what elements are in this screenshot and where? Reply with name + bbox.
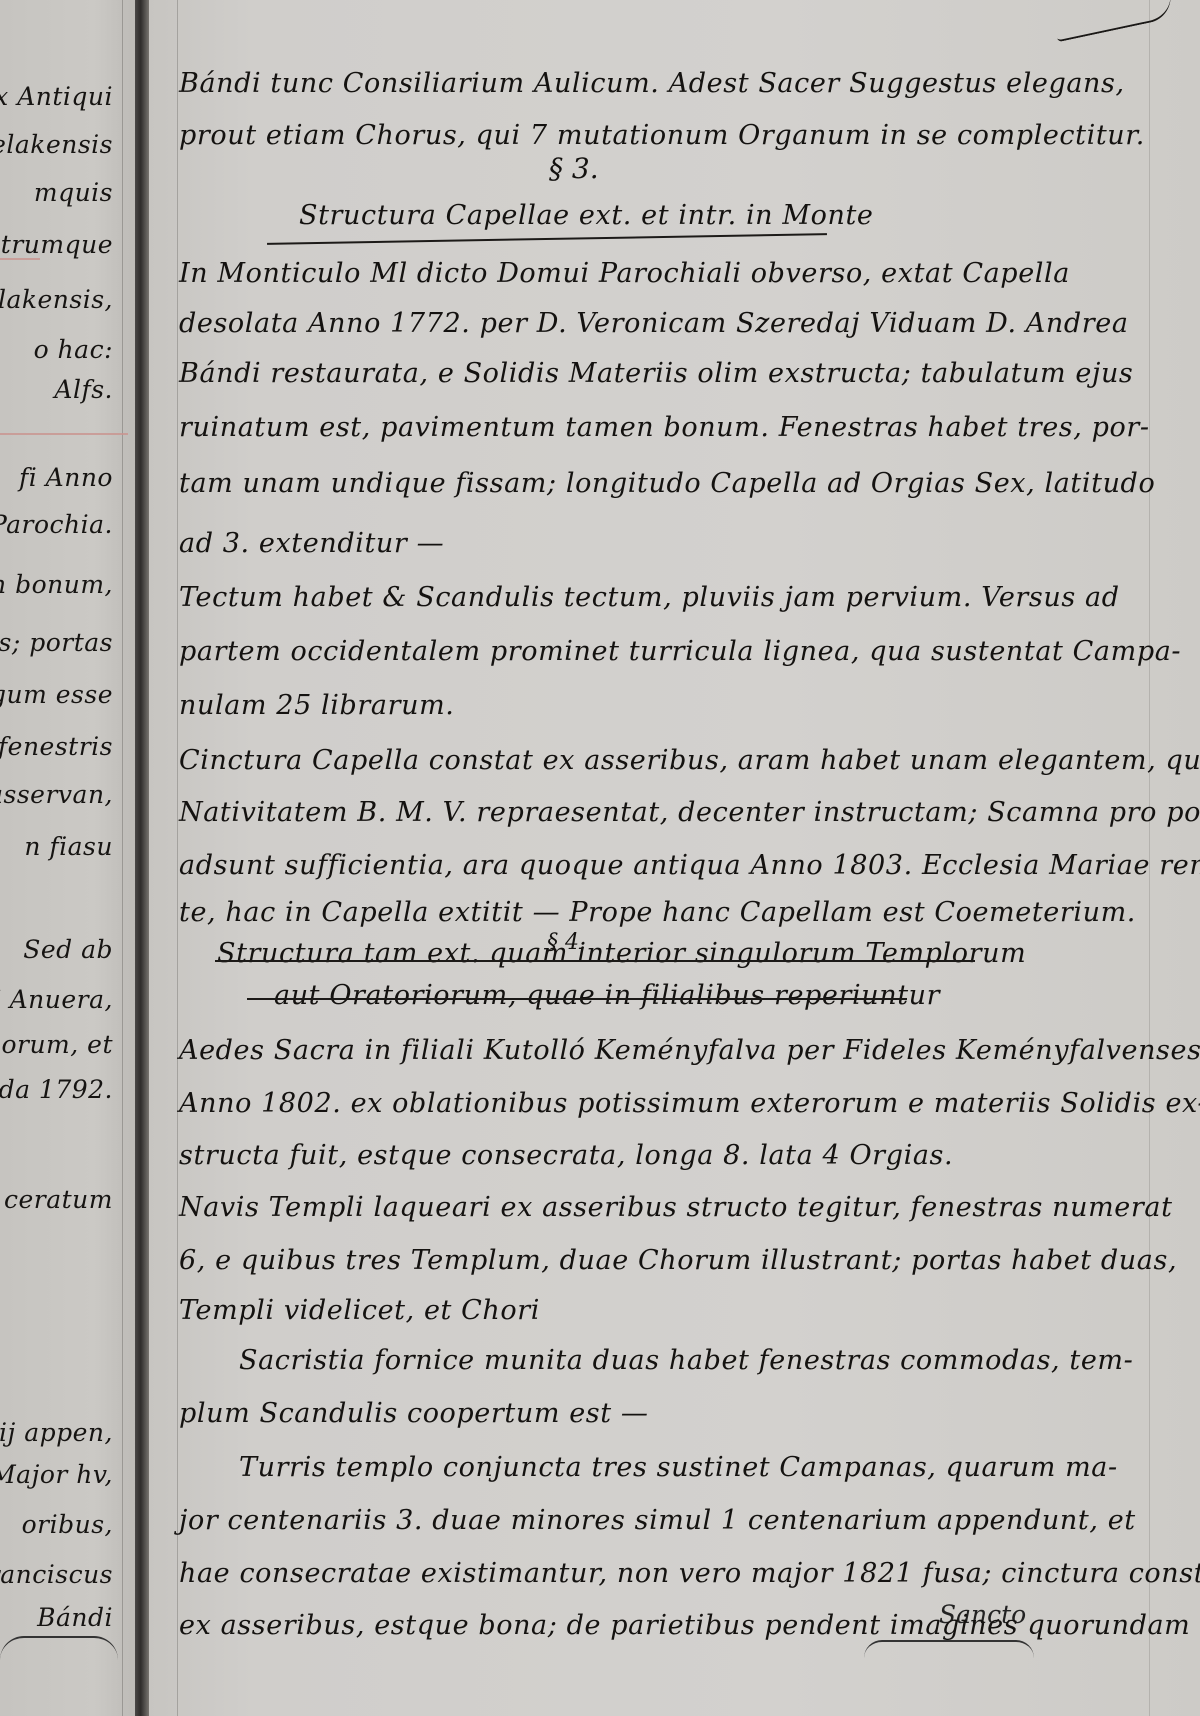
left-page-text-fragment: iorum, et bbox=[0, 1030, 113, 1059]
left-page-text-fragment: mquis bbox=[34, 178, 113, 207]
manuscript-line: Bándi tunc Consiliarium Aulicum. Adest S… bbox=[179, 68, 1125, 99]
left-page-text-fragment: : utrumque bbox=[0, 230, 113, 259]
manuscript-line: Sacristia fornice munita duas habet fene… bbox=[239, 1345, 1133, 1376]
left-page-text-fragment: ns; portas bbox=[0, 628, 113, 657]
left-page-text-fragment: Bándi bbox=[37, 1603, 113, 1632]
manuscript-line: Aedes Sacra in filiali Kutolló Keményfal… bbox=[179, 1035, 1200, 1066]
manuscript-line: ruinatum est, pavimentum tamen bonum. Fe… bbox=[179, 412, 1150, 443]
left-page-text-fragment: o hac: bbox=[34, 335, 113, 364]
section-3-heading: Structura Capellae ext. et intr. in Mont… bbox=[299, 200, 873, 231]
left-page-text-fragment: da 1792. bbox=[0, 1075, 113, 1104]
left-page-text-fragment: Veselakensis, bbox=[0, 285, 113, 314]
signature-flourish bbox=[0, 1636, 118, 1660]
left-page-text-fragment: Sed ab bbox=[23, 935, 113, 964]
manuscript-line: Bándi restaurata, e Solidis Materiis oli… bbox=[179, 358, 1133, 389]
manuscript-line: Tectum habet & Scandulis tectum, pluviis… bbox=[179, 582, 1120, 613]
manuscript-line: Anno 1802. ex oblationibus potissimum ex… bbox=[179, 1088, 1200, 1119]
top-flourish bbox=[1053, 0, 1176, 42]
book-gutter bbox=[135, 0, 149, 1716]
red-ruled-line bbox=[0, 258, 40, 260]
red-ruled-line bbox=[0, 433, 128, 435]
section-4-underline-2 bbox=[247, 998, 907, 1000]
left-page-text-fragment: oribus, bbox=[22, 1510, 113, 1539]
left-page-text-fragment: n fiasu bbox=[24, 832, 113, 861]
left-page-text-fragment: aliij appen, bbox=[0, 1418, 113, 1447]
manuscript-line: jor centenariis 3. duae minores simul 1 … bbox=[179, 1505, 1136, 1536]
manuscript-line: partem occidentalem prominet turricula l… bbox=[179, 636, 1181, 667]
left-page-text-fragment: asservan, bbox=[0, 780, 113, 809]
manuscript-line: prout etiam Chorus, qui 7 mutationum Org… bbox=[179, 120, 1145, 151]
manuscript-line: 6, e quibus tres Templum, duae Chorum il… bbox=[179, 1245, 1177, 1276]
section-4-heading-line-2: aut Oratoriorum, quae in filialibus repe… bbox=[274, 980, 940, 1011]
manuscript-line: Templi videlicet, et Chori bbox=[179, 1295, 540, 1326]
manuscript-line: adsunt sufficientia, ara quoque antiqua … bbox=[179, 850, 1200, 881]
left-page-text-fragment: 2 fenestris bbox=[0, 732, 113, 761]
manuscript-line: In Monticulo Ml dicto Domui Parochiali o… bbox=[179, 258, 1070, 289]
section-4-underline-1 bbox=[215, 960, 975, 962]
page-left-margin-rule bbox=[177, 0, 178, 1716]
left-page-text-fragment: Alfs. bbox=[54, 375, 113, 404]
manuscript-line: te, hac in Capella extitit — Prope hanc … bbox=[179, 897, 1136, 928]
manuscript-line: desolata Anno 1772. per D. Veronicam Sze… bbox=[179, 308, 1129, 339]
left-page-text-fragment: gum esse bbox=[0, 680, 113, 709]
manuscript-line: Turris templo conjuncta tres sustinet Ca… bbox=[239, 1452, 1118, 1483]
manuscript-line: structa fuit, estque consecrata, longa 8… bbox=[179, 1140, 953, 1171]
left-page-fragment: ex AntiquiVeselakensismquis: utrumqueVes… bbox=[0, 0, 135, 1716]
left-page-text-fragment: n bonum, bbox=[0, 570, 113, 599]
section-4-heading-line-1: Structura tam ext. quam interior singulo… bbox=[217, 938, 1026, 969]
left-page-text-fragment: ij Anuera, bbox=[0, 985, 113, 1014]
section-3-mark: § 3. bbox=[549, 152, 599, 185]
manuscript-line: Navis Templi laqueari ex asseribus struc… bbox=[179, 1192, 1173, 1223]
left-page-text-fragment: Major hv, bbox=[0, 1460, 113, 1489]
left-page-text-fragment: n Franciscus bbox=[0, 1560, 113, 1589]
section-3-underline bbox=[267, 233, 827, 245]
left-page-margin-rule bbox=[122, 0, 123, 1716]
left-page-text-fragment: fi Anno bbox=[19, 463, 113, 492]
manuscript-line: plum Scandulis coopertum est — bbox=[179, 1398, 648, 1429]
left-page-text-fragment: ex Antiqui bbox=[0, 82, 113, 111]
left-page-text-fragment: ceratum bbox=[4, 1185, 113, 1214]
manuscript-line: Nativitatem B. M. V. repraesentat, decen… bbox=[179, 797, 1200, 828]
manuscript-line: Cinctura Capella constat ex asseribus, a… bbox=[179, 745, 1200, 776]
catchword-flourish bbox=[864, 1640, 1034, 1658]
manuscript-line: ad 3. extenditur — bbox=[179, 528, 444, 559]
manuscript-line: nulam 25 librarum. bbox=[179, 690, 454, 721]
main-page: § 3. Structura Capellae ext. et intr. in… bbox=[149, 0, 1200, 1716]
manuscript-line: ex asseribus, estque bona; de parietibus… bbox=[179, 1610, 1190, 1641]
manuscript-line: tam unam undique fissam; longitudo Capel… bbox=[179, 468, 1155, 499]
left-page-text-fragment: Parochia. bbox=[0, 510, 113, 539]
left-page-text-fragment: Veselakensis bbox=[0, 130, 113, 159]
manuscript-line: hae consecratae existimantur, non vero m… bbox=[179, 1558, 1200, 1589]
